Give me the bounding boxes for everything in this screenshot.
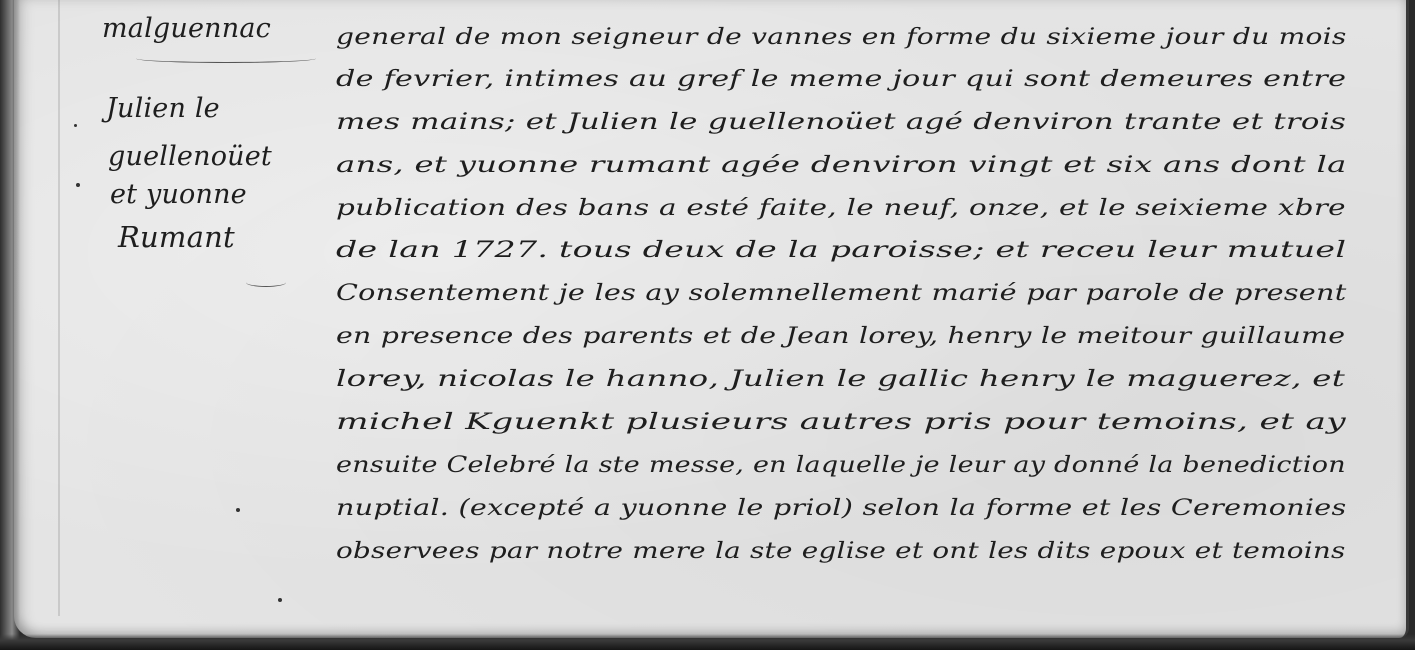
margin-fold-line <box>58 0 60 616</box>
ink-speck <box>76 183 80 187</box>
ink-speck <box>74 124 77 127</box>
record-line: Consentement je les ay solemnellement ma… <box>336 280 1346 308</box>
ink-speck <box>236 508 240 512</box>
record-line: nuptial. (excepté a yuonne le priol) sel… <box>336 495 1346 523</box>
margin-flourish <box>136 54 316 63</box>
margin-line-bride-first: et yuonne <box>110 180 247 210</box>
record-line: michel Kguenkt plusieurs autres pris pou… <box>336 409 1346 437</box>
record-line: de lan 1727. tous deux de la paroisse; e… <box>336 237 1346 265</box>
margin-line-bride-last: Rumant <box>118 222 235 252</box>
record-line: observees par notre mere la ste eglise e… <box>336 538 1346 566</box>
record-line: en presence des parents et de Jean lorey… <box>336 323 1345 351</box>
record-line: ensuite Celebré la ste messe, en laquell… <box>336 452 1346 480</box>
record-line: de fevrier, intimes au gref le meme jour… <box>336 66 1346 94</box>
record-line: publication des bans a esté faite, le ne… <box>336 195 1346 223</box>
margin-line-groom-first: Julien le <box>106 94 220 124</box>
register-page: malguennac Julien le guellenoüet et yuon… <box>14 0 1409 638</box>
record-line: ans, et yuonne rumant agée denviron ving… <box>336 152 1347 180</box>
margin-line-groom-last: guellenoüet <box>108 142 272 172</box>
scan-bottom-edge <box>0 634 1415 650</box>
margin-flourish-small <box>246 278 286 287</box>
record-line: lorey, nicolas le hanno, Julien le galli… <box>336 366 1345 394</box>
scan-left-edge <box>0 0 20 650</box>
record-line: mes mains; et Julien le guellenoüet agé … <box>336 109 1346 137</box>
ink-speck <box>278 598 282 602</box>
record-line: general de mon seigneur de vannes en for… <box>336 24 1347 52</box>
margin-line-parish: malguennac <box>102 14 271 44</box>
document-scan: malguennac Julien le guellenoüet et yuon… <box>0 0 1415 650</box>
